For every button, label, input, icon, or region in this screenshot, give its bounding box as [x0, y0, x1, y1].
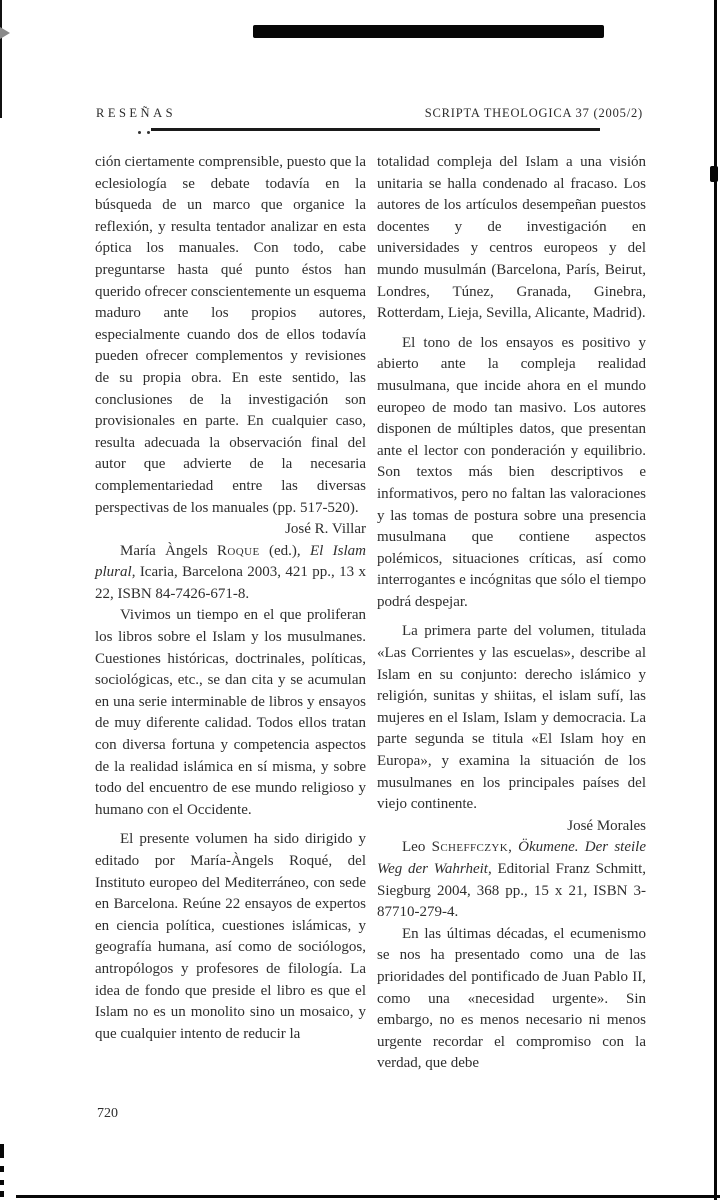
body-paragraph: Vivimos un tiempo en el que proliferan l… [95, 605, 366, 821]
book-citation: Leo Scheffczyk, Ökumene. Der steile Weg … [377, 837, 646, 923]
scan-artifact-left-dash [0, 1180, 4, 1185]
scan-artifact-top-bar [253, 25, 604, 38]
citation-editor-note: (ed.), [260, 543, 310, 559]
scan-artifact-left-dash [0, 1166, 4, 1172]
header-issue-label: SCRIPTA THEOLOGICA 37 (2005/2) [425, 106, 643, 121]
right-column: totalidad compleja del Islam a una visió… [377, 152, 646, 1075]
book-citation: María Àngels Roque (ed.), El Islam plura… [95, 541, 366, 606]
citation-author-surname: Scheffczyk [432, 839, 509, 855]
review-author-signature: José R. Villar [95, 519, 366, 541]
scan-artifact-right-blob [710, 166, 718, 182]
citation-publication-details: , Icaria, Barcelona 2003, 421 pp., 13 x … [95, 564, 366, 602]
page-number: 720 [97, 1106, 118, 1122]
citation-author-surname: Roque [217, 543, 260, 559]
review-author-signature: José Morales [377, 816, 646, 838]
scan-artifact-left-dash [0, 1191, 4, 1197]
citation-author-given: María Àngels [120, 543, 217, 559]
scan-artifact-left-edge [0, 0, 2, 118]
header-section-label: RESEÑAS [96, 106, 176, 121]
body-paragraph: El presente volumen ha sido dirigido y e… [95, 829, 366, 1045]
header-rule [151, 128, 600, 131]
scanned-page: RESEÑAS SCRIPTA THEOLOGICA 37 (2005/2) c… [0, 0, 720, 1200]
header-rule-dot [147, 131, 150, 134]
scan-artifact-left-notch [0, 27, 10, 39]
body-paragraph: En las últimas décadas, el ecumenismo se… [377, 924, 646, 1075]
body-paragraph: El tono de los ensayos es positivo y abi… [377, 333, 646, 614]
left-column: ción ciertamente comprensible, puesto qu… [95, 152, 366, 1045]
scan-artifact-left-dash [0, 1144, 4, 1158]
body-paragraph: La primera parte del volumen, titulada «… [377, 621, 646, 815]
header-rule-dot [138, 131, 141, 134]
review-continuation-paragraph: totalidad compleja del Islam a una visió… [377, 152, 646, 325]
review-continuation-paragraph: ción ciertamente comprensible, puesto qu… [95, 152, 366, 519]
citation-separator: , [508, 839, 518, 855]
scan-artifact-bottom-line [16, 1195, 720, 1198]
citation-author-given: Leo [402, 839, 432, 855]
